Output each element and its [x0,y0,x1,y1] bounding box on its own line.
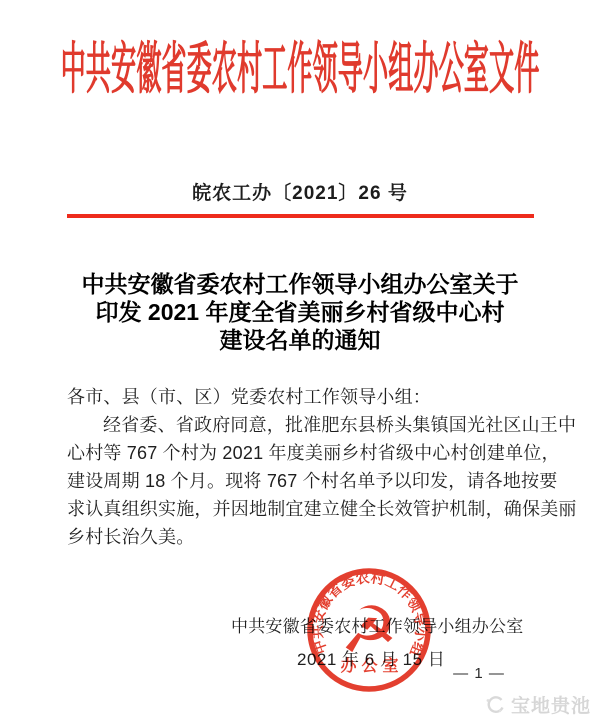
body-line: 求认真组织实施，并因地制宜建立健全长效管护机制，确保美丽 [67,495,534,523]
official-seal-graphic: 中共安徽省委农村工作领导小组 ☭ 办公室 [304,565,434,695]
red-divider-rule [67,214,534,218]
official-document-page: 中共安徽省委农村工作领导小组办公室文件 皖农工办〔2021〕26 号 中共安徽省… [0,0,600,723]
letterhead-title: 中共安徽省委农村工作领导小组办公室文件 [61,38,540,102]
salutation-line: 各市、县（市、区）党委农村工作领导小组： [67,383,534,411]
document-title-line-3: 建设名单的通知 [0,326,600,354]
body-line: 心村等 767 个村为 2021 年度美丽乡村省级中心村创建单位， [67,439,534,467]
body-line: 经省委、省政府同意，批准肥东县桥头集镇国光社区山王中 [67,411,534,439]
official-seal: 中共安徽省委农村工作领导小组 ☭ 办公室 [304,565,434,695]
seal-bottom-text: 办公室 [340,656,403,675]
document-title-line-1: 中共安徽省委农村工作领导小组办公室关于 [0,270,600,298]
watermark: 宝地贵池 [484,691,591,718]
document-number: 皖农工办〔2021〕26 号 [0,178,600,205]
document-body: 各市、县（市、区）党委农村工作领导小组： 经省委、省政府同意，批准肥东县桥头集镇… [67,383,534,551]
watermark-text: 宝地贵池 [511,691,591,718]
body-line: 建设周期 18 个月。现将 767 个村名单予以印发，请各地按要 [67,467,534,495]
page-number: — 1 — [444,665,514,682]
document-title-line-2: 印发 2021 年度全省美丽乡村省级中心村 [0,298,600,326]
document-title: 中共安徽省委农村工作领导小组办公室关于 印发 2021 年度全省美丽乡村省级中心… [0,270,600,354]
hammer-sickle-emblem-icon: ☭ [340,594,397,668]
watermark-logo-icon [484,694,506,716]
body-line: 乡村长治久美。 [67,523,534,551]
